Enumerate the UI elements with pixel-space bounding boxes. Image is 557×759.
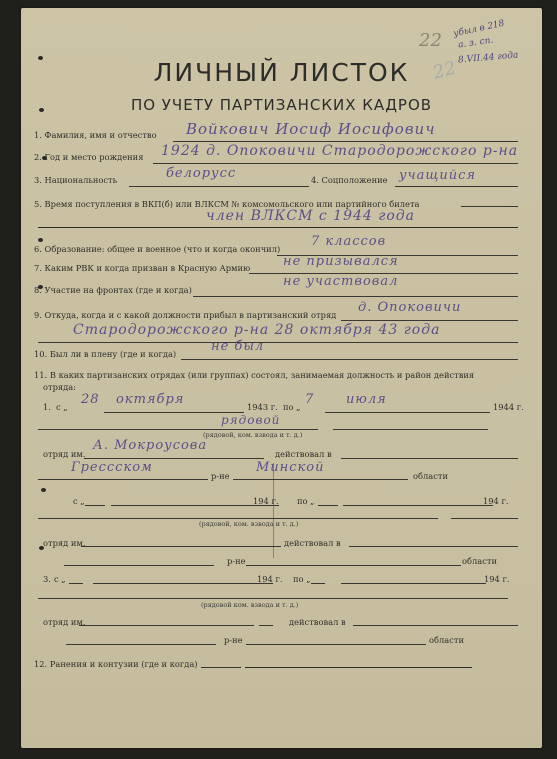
unit-3-from-year: 194 г. [257,574,282,584]
field-3-label: 3. Национальность [34,175,117,185]
unit-1-from-year: 1943 г. [247,402,278,412]
unit-2-acted-line [349,546,518,547]
unit-2-from-year: 194 г. [253,496,278,506]
field-5-value[interactable]: член ВЛКСМ с 1944 года [206,208,415,224]
unit-3-unit-line-b [259,625,273,626]
unit-2-district-line [64,565,214,566]
field-2-value[interactable]: 1924 д. Опоковичи Стародорожского р-на [161,143,518,159]
field-1-label: 1. Фамилия, имя и отчество [34,130,157,140]
unit-1-district[interactable]: Грессском [71,460,153,475]
corner-note-line2: а. з. сп. [457,36,493,51]
unit-2-to-prefix: по „ [297,496,314,506]
field-7-label: 7. Каким РВК и когда призван в Красную А… [34,263,250,273]
unit-1-region-line [233,479,408,480]
field-9-value-line2[interactable]: Стародорожского р-на 28 октября 43 года [73,322,440,338]
field-3-value[interactable]: белорусс [166,166,236,181]
unit-3-to-day-line [311,583,325,584]
field-9-line-b [38,342,518,343]
unit-2-position-line [38,518,438,519]
field-2-label: 2. Год и место рождения [34,152,143,162]
unit-2-to-day-line [318,505,338,506]
field-10-line [181,359,518,360]
unit-3-position-line [38,598,508,599]
field-12-line-b [245,667,472,668]
fold-line [273,463,274,558]
field-4-label: 4. Соцположение [311,175,388,185]
unit-2-region-label: области [462,556,497,566]
unit-1-district-line [38,479,208,480]
unit-1-from-day[interactable]: 28 [81,392,100,407]
unit-3-to-year: 194 г. [484,574,509,584]
field-8-value[interactable]: не участвовал [283,274,398,289]
unit-2-position-hint: (рядовой, ком. взвода и т. д.) [199,520,298,528]
unit-1-from-prefix: с „ [56,402,68,412]
unit-1-unit-name[interactable]: А. Мокроусова [93,438,207,453]
punch-hole [41,488,46,492]
field-9-value-line1[interactable]: д. Опоковичи [358,300,461,315]
field-10-label: 10. Был ли в плену (где и когда) [34,349,176,359]
unit-1-position-line-b [333,429,488,430]
page-title: ЛИЧНЫЙ ЛИСТОК [21,58,542,87]
unit-2-unit-line [81,546,281,547]
unit-3-acted-line [353,625,518,626]
unit-3-from-day-line [69,583,83,584]
unit-1-to-year: 1944 г. [493,402,524,412]
unit-2-position-line-b [451,518,518,519]
field-5-line-b [38,227,518,228]
unit-2-acted-label: действовал в [284,538,341,548]
field-12-line-a [201,667,241,668]
unit-2-district-label: р-не [227,556,246,566]
field-4-value[interactable]: учащийся [399,168,476,183]
unit-1-acted-label: действовал в [275,449,332,459]
corner-number: 22 [419,30,442,51]
unit-1-acted-line [341,458,518,459]
unit-2-from-prefix: с „ [73,496,85,506]
unit-2-unit-label: отряд им. [43,538,86,548]
unit-2-to-year: 194 г. [483,496,508,506]
field-7-value[interactable]: не призывался [283,254,399,269]
unit-2-from-day-line [85,505,105,506]
unit-1-to-line [325,412,490,413]
unit-3-position-hint: (рядовой ком. взвода и т. д.) [201,601,298,609]
unit-3-acted-label: действовал в [289,617,346,627]
field-10-value[interactable]: не был [211,339,264,354]
page-subtitle: ПО УЧЕТУ ПАРТИЗАНСКИХ КАДРОВ [21,96,542,114]
field-6-label: 6. Образование: общее и военное (что и к… [34,244,280,254]
unit-3-district-line [66,644,216,645]
unit-1-region[interactable]: Минской [256,460,325,475]
unit-2-region-line [246,565,461,566]
field-11-label: 11. В каких партизанских отрядах (или гр… [34,370,474,380]
unit-3-from-prefix: с „ [54,574,66,584]
unit-1-position-line [38,429,318,430]
unit-1-to-month[interactable]: июля [346,392,387,407]
unit-1-unit-label: отряд им. [43,449,86,459]
field-11-label-2: отряда: [43,382,76,392]
field-8-line [193,296,518,297]
unit-1-to-day[interactable]: 7 [305,392,314,407]
unit-3-region-label: области [429,635,464,645]
field-9-label: 9. Откуда, когда и с какой должности при… [34,310,336,320]
field-4-line [395,186,518,187]
unit-3-from-month-line [93,583,273,584]
field-5-line-a [461,206,518,207]
field-9-line-a [341,320,518,321]
unit-1-from-month[interactable]: октября [116,392,184,407]
unit-1-to-prefix: по „ [283,402,300,412]
field-1-value[interactable]: Войкович Иосиф Иосифович [186,120,436,138]
unit-3-district-label: р-не [224,635,243,645]
unit-1-index: 1. [43,402,51,412]
punch-hole [38,238,43,242]
field-1-line [173,141,518,142]
field-3-line [129,186,309,187]
field-6-value[interactable]: 7 классов [311,234,386,249]
unit-1-district-label: р-не [211,471,230,481]
field-12-label: 12. Ранения и контузии (где и когда) [34,659,198,669]
field-8-label: 8. Участие на фронтах (где и когда) [34,285,192,295]
unit-1-position-hint: (рядовой, ком. взвода и т. д.) [203,431,302,439]
unit-3-to-prefix: по „ [293,574,310,584]
unit-3-index: 3. [43,574,51,584]
field-2-line [153,163,518,164]
unit-3-to-month-line [341,583,486,584]
corner-note-line1: убыл в 218 [453,19,506,40]
unit-2-to-month-line [343,505,493,506]
unit-1-unit-line [84,458,264,459]
unit-1-position[interactable]: рядовой [221,413,280,427]
unit-3-region-line [246,644,426,645]
document-page: 22 убыл в 218 а. з. сп. 8.VII.44 года 22… [21,8,542,748]
unit-1-region-label: области [413,471,448,481]
unit-3-unit-line [79,625,254,626]
